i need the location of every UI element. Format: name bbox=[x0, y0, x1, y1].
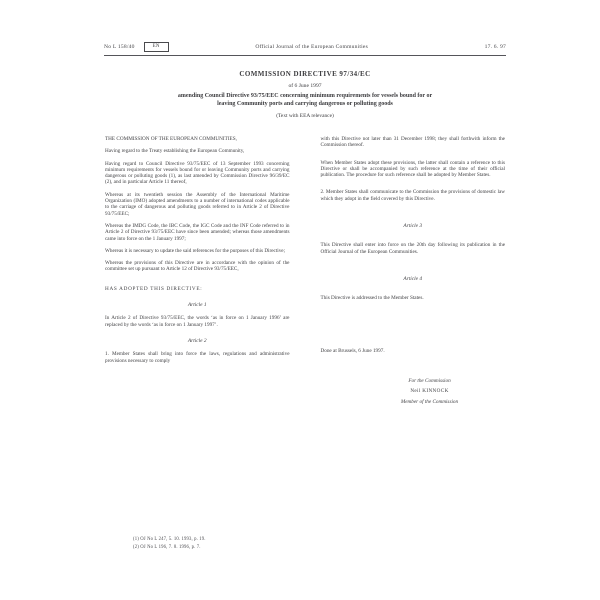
article-2-heading: Article 2 bbox=[105, 338, 290, 344]
signature-for-line: For the Commission bbox=[359, 378, 501, 384]
paragraph: Having regard to the Treaty establishing… bbox=[105, 148, 290, 154]
header-date: 17. 6. 97 bbox=[485, 44, 506, 50]
paragraph: Having regard to Council Directive 93/75… bbox=[105, 161, 290, 186]
paragraph: Whereas at its twentieth session the Ass… bbox=[105, 192, 290, 217]
article-4-heading: Article 4 bbox=[321, 276, 506, 282]
enacting-formula: HAS ADOPTED THIS DIRECTIVE: bbox=[105, 286, 290, 292]
right-column: with this Directive not later than 31 De… bbox=[321, 136, 506, 405]
signature-block: For the Commission Neil KINNOCK Member o… bbox=[359, 378, 501, 405]
directive-subject: amending Council Directive 93/75/EEC con… bbox=[177, 93, 433, 108]
article-1-heading: Article 1 bbox=[105, 302, 290, 308]
paragraph: Whereas it is necessary to update the sa… bbox=[105, 248, 290, 254]
footnotes: (1) OJ No L 247, 5. 10. 1993, p. 19. (2)… bbox=[133, 536, 206, 551]
journal-title: Official Journal of the European Communi… bbox=[169, 44, 485, 50]
done-at-line: Done at Brussels, 6 June 1997. bbox=[321, 348, 506, 354]
paragraph: with this Directive not later than 31 De… bbox=[321, 136, 506, 149]
article-3-heading: Article 3 bbox=[321, 223, 506, 229]
article-1-text: In Article 2 of Directive 93/75/EEC, the… bbox=[105, 315, 290, 328]
paragraph: Whereas the IMDG Code, the IBC Code, the… bbox=[105, 223, 290, 242]
paragraph: When Member States adopt these provision… bbox=[321, 160, 506, 179]
directive-date-line: of 6 June 1997 bbox=[105, 83, 505, 89]
title-block: COMMISSION DIRECTIVE 97/34/EC of 6 June … bbox=[105, 70, 505, 119]
directive-title: COMMISSION DIRECTIVE 97/34/EC bbox=[105, 70, 505, 78]
footnote-2: (2) OJ No L 196, 7. 8. 1996, p. 7. bbox=[133, 544, 206, 552]
article-4-text: This Directive is addressed to the Membe… bbox=[321, 295, 506, 301]
body-columns: THE COMMISSION OF THE EUROPEAN COMMUNITI… bbox=[105, 136, 505, 405]
paragraph: Whereas the provisions of this Directive… bbox=[105, 260, 290, 273]
signature-name: Neil KINNOCK bbox=[359, 388, 501, 394]
document-page: No L 158/40 EN Official Journal of the E… bbox=[0, 0, 600, 600]
paragraph: 2. Member States shall communicate to th… bbox=[321, 189, 506, 202]
left-column: THE COMMISSION OF THE EUROPEAN COMMUNITI… bbox=[105, 136, 290, 405]
paragraph: THE COMMISSION OF THE EUROPEAN COMMUNITI… bbox=[105, 136, 290, 142]
article-2-text-start: 1. Member States shall bring into force … bbox=[105, 351, 290, 364]
signature-title-line: Member of the Commission bbox=[359, 399, 501, 405]
journal-header: No L 158/40 EN Official Journal of the E… bbox=[104, 42, 506, 52]
footnote-1: (1) OJ No L 247, 5. 10. 1993, p. 19. bbox=[133, 536, 206, 544]
language-code-box: EN bbox=[144, 42, 169, 52]
article-3-text: This Directive shall enter into force on… bbox=[321, 242, 506, 255]
header-rule bbox=[104, 55, 506, 56]
eea-relevance-note: (Text with EEA relevance) bbox=[105, 113, 505, 119]
issue-number: No L 158/40 bbox=[104, 44, 135, 50]
